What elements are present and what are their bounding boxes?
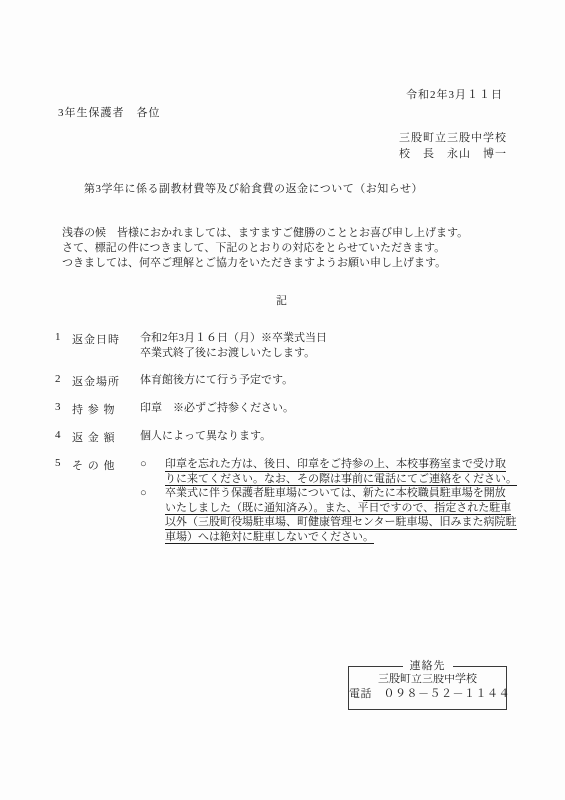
item-label: 返 金 額 [72, 429, 140, 445]
circle-bullet-icon: ○ [140, 457, 165, 472]
addressee: 3年生保護者 各位 [58, 104, 161, 120]
item-content: ○ 印章を忘れた方は、後日、印章をご持参の上、本校事務室まで受け取 りに来てくだ… [140, 457, 517, 544]
list-item-others: 5 そ の 他 ○ 印章を忘れた方は、後日、印章をご持参の上、本校事務室まで受け… [55, 457, 513, 544]
document-date: 令和2年3月１１日 [406, 86, 503, 102]
underlined-text: りに来てください。なお、その際は事前に電話にてご連絡をください。 [165, 473, 517, 487]
item-content: 印章 ※必ずご持参ください。 [140, 401, 513, 416]
item-content-line: 個人によって異なります。 [140, 429, 513, 444]
underlined-text: 以外（三股町役場駐車場、町健康管理センター駐車場、旧みまた病院駐 [165, 516, 517, 530]
item-content-line: 印章 ※必ずご持参ください。 [140, 401, 513, 416]
greeting-paragraph: 浅春の候 皆様におかれましては、ますますご健勝のこととお喜び申し上げます。 さて… [62, 226, 468, 271]
letter-page: 令和2年3月１１日 3年生保護者 各位 三股町立三股中学校 校 長 永山 博一 … [0, 0, 565, 800]
item-content-line: 令和2年3月１６日（月）※卒業式当日 [140, 331, 513, 346]
greeting-line-1: 浅春の候 皆様におかれましては、ますますご健勝のこととお喜び申し上げます。 [62, 226, 468, 241]
item-number: 5 [55, 457, 72, 469]
document-title: 第3学年に係る副教材費等及び給食費の返金について（お知らせ） [84, 180, 423, 196]
contact-legend: 連絡先 [403, 659, 453, 674]
contact-phone: 電話 ０９８－５２－１１４４ [349, 687, 506, 702]
item-number: 2 [55, 373, 72, 385]
bullet-text-line: 卒業式に伴う保護者駐車場については、新たに本校職員駐車場を開放 [165, 486, 517, 501]
plain-text: 卒業式に伴う保護者駐車場については、 [165, 487, 363, 499]
contact-box: 連絡先 三股町立三股中学校 電話 ０９８－５２－１１４４ [348, 666, 507, 710]
bullet-text-line: 印章を忘れた方は、後日、印章をご持参の上、本校事務室まで受け取 [165, 457, 517, 472]
item-number: 1 [55, 331, 72, 343]
bullet-text-line: いたしました（既に通知済み）。また、平日ですので、指定された駐車 [165, 501, 517, 516]
item-label: 返金日時 [72, 331, 140, 347]
item-number: 4 [55, 429, 72, 441]
item-label: そ の 他 [72, 457, 140, 473]
list-item-refund-place: 2 返金場所 体育館後方にて行う予定です。 [55, 373, 513, 389]
sender-block: 三股町立三股中学校 校 長 永山 博一 [399, 131, 507, 162]
item-label: 持 参 物 [72, 401, 140, 417]
item-content: 個人によって異なります。 [140, 429, 513, 444]
underlined-text: いたしました（既に通知済み）。また、平日ですので、指定された駐車 [165, 502, 511, 516]
bullet-text: 卒業式に伴う保護者駐車場については、新たに本校職員駐車場を開放 いたしました（既… [165, 486, 517, 544]
sender-principal: 校 長 永山 博一 [399, 147, 507, 163]
item-content: 令和2年3月１６日（月）※卒業式当日 卒業式終了後にお渡しいたします。 [140, 331, 513, 361]
bullet-text: 印章を忘れた方は、後日、印章をご持参の上、本校事務室まで受け取 りに来てください… [165, 457, 517, 486]
item-content-line: 体育館後方にて行う予定です。 [140, 373, 513, 388]
bullet-note-parking: ○ 卒業式に伴う保護者駐車場については、新たに本校職員駐車場を開放 いたしました… [140, 486, 517, 544]
record-mark: 記 [0, 292, 565, 308]
item-label: 返金場所 [72, 373, 140, 389]
bullet-text-line: 以外（三股町役場駐車場、町健康管理センター駐車場、旧みまた病院駐 [165, 515, 517, 530]
item-content: 体育館後方にて行う予定です。 [140, 373, 513, 388]
sender-org: 三股町立三股中学校 [399, 131, 507, 147]
underlined-text: 印章を忘れた方は、後日、印章をご持参の上、本校事務室まで受け取 [165, 458, 506, 472]
bullet-text-line: 車場）へは絶対に駐車しないでください。 [165, 530, 517, 545]
underlined-text: 新たに本校職員駐車場を開放 [363, 487, 506, 501]
bullet-text-line: りに来てください。なお、その際は事前に電話にてご連絡をください。 [165, 472, 517, 487]
item-content-line: 卒業式終了後にお渡しいたします。 [140, 346, 513, 361]
item-list: 1 返金日時 令和2年3月１６日（月）※卒業式当日 卒業式終了後にお渡しいたしま… [55, 331, 513, 544]
contact-org: 三股町立三股中学校 [349, 672, 506, 687]
underlined-text: 車場）へは絶対に駐車しないでください。 [165, 531, 374, 545]
list-item-refund-amount: 4 返 金 額 個人によって異なります。 [55, 429, 513, 445]
list-item-things-to-bring: 3 持 参 物 印章 ※必ずご持参ください。 [55, 401, 513, 417]
item-number: 3 [55, 401, 72, 413]
bullet-note-seal: ○ 印章を忘れた方は、後日、印章をご持参の上、本校事務室まで受け取 りに来てくだ… [140, 457, 517, 486]
circle-bullet-icon: ○ [140, 486, 165, 501]
greeting-line-3: つきましては、何卒ご理解とご協力をいただきますようお願い申し上げます。 [62, 256, 468, 271]
list-item-refund-datetime: 1 返金日時 令和2年3月１６日（月）※卒業式当日 卒業式終了後にお渡しいたしま… [55, 331, 513, 361]
greeting-line-2: さて、標記の件につきまして、下記のとおりの対応をとらせていただきます。 [62, 241, 468, 256]
